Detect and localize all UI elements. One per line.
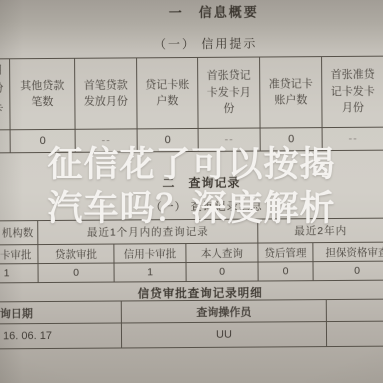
credit-approval-detail-table: 查询日期 查询操作员 16. 06. 17 UU — [0, 298, 383, 349]
promo-overlay-line1: 征信花了可以按揭 — [0, 144, 383, 186]
table-row: 查询日期 查询操作员 — [0, 299, 383, 324]
table-value-cell: 0 — [38, 263, 114, 283]
table-value-cell: 1 — [114, 263, 186, 283]
table-header-cell: 首张贷记卡发卡月份 — [198, 57, 260, 128]
table-value-cell: 1 — [0, 264, 38, 284]
table-header-cell: 卡审批 — [0, 245, 38, 265]
section-one-subtitle: （一） 信用提示 — [154, 35, 257, 53]
table-header-cell: 贷款审批 — [38, 244, 114, 264]
table-header-cell — [326, 299, 383, 322]
credit-report-photo: 一 信息概要 （一） 信用提示 月 份 卡 其他贷款笔数 首笔贷款发放月份 贷记… — [0, 0, 383, 383]
table-value-cell: 0 — [186, 262, 258, 282]
table-header-cell: 其他贷款笔数 — [10, 58, 75, 129]
section-one-title: 一 信息概要 — [29, 1, 383, 23]
table-header-cell: 贷记卡账户数 — [137, 57, 198, 128]
table-header-cell: 首笔贷款发放月份 — [75, 58, 137, 129]
table-header-cell: 首张准贷记卡发卡月份 — [322, 56, 383, 127]
table-header-cell: 查询日期 — [0, 301, 121, 324]
table-header-cell: 信用卡审批 — [114, 244, 186, 264]
table-value-cell: UU — [121, 322, 326, 348]
table-row: 1 0 1 0 0 0 — [0, 261, 383, 283]
table-value-cell — [326, 321, 383, 347]
table-header-cell — [0, 59, 10, 130]
table-header-cell: 查询操作员 — [121, 300, 326, 323]
table-header-cell: 贷后管理 — [258, 243, 313, 262]
table-row: 16. 06. 17 UU — [0, 321, 383, 349]
table-header-cell: 准贷记卡账户数 — [260, 57, 322, 128]
table-value-cell: 16. 06. 17 — [0, 323, 122, 349]
credit-prompt-table: 其他贷款笔数 首笔贷款发放月份 贷记卡账户数 首张贷记卡发卡月份 准贷记卡账户数… — [0, 55, 383, 153]
table-row: 其他贷款笔数 首笔贷款发放月份 贷记卡账户数 首张贷记卡发卡月份 准贷记卡账户数… — [0, 56, 383, 130]
table-value-cell: 0 — [258, 262, 313, 281]
promo-overlay-line2: 汽车吗？深度解析 — [0, 188, 383, 230]
table-header-cell: 担保资格审查 — [313, 242, 383, 262]
table-header-cell: 本人查询 — [186, 243, 258, 263]
table-value-cell: 0 — [313, 261, 383, 281]
